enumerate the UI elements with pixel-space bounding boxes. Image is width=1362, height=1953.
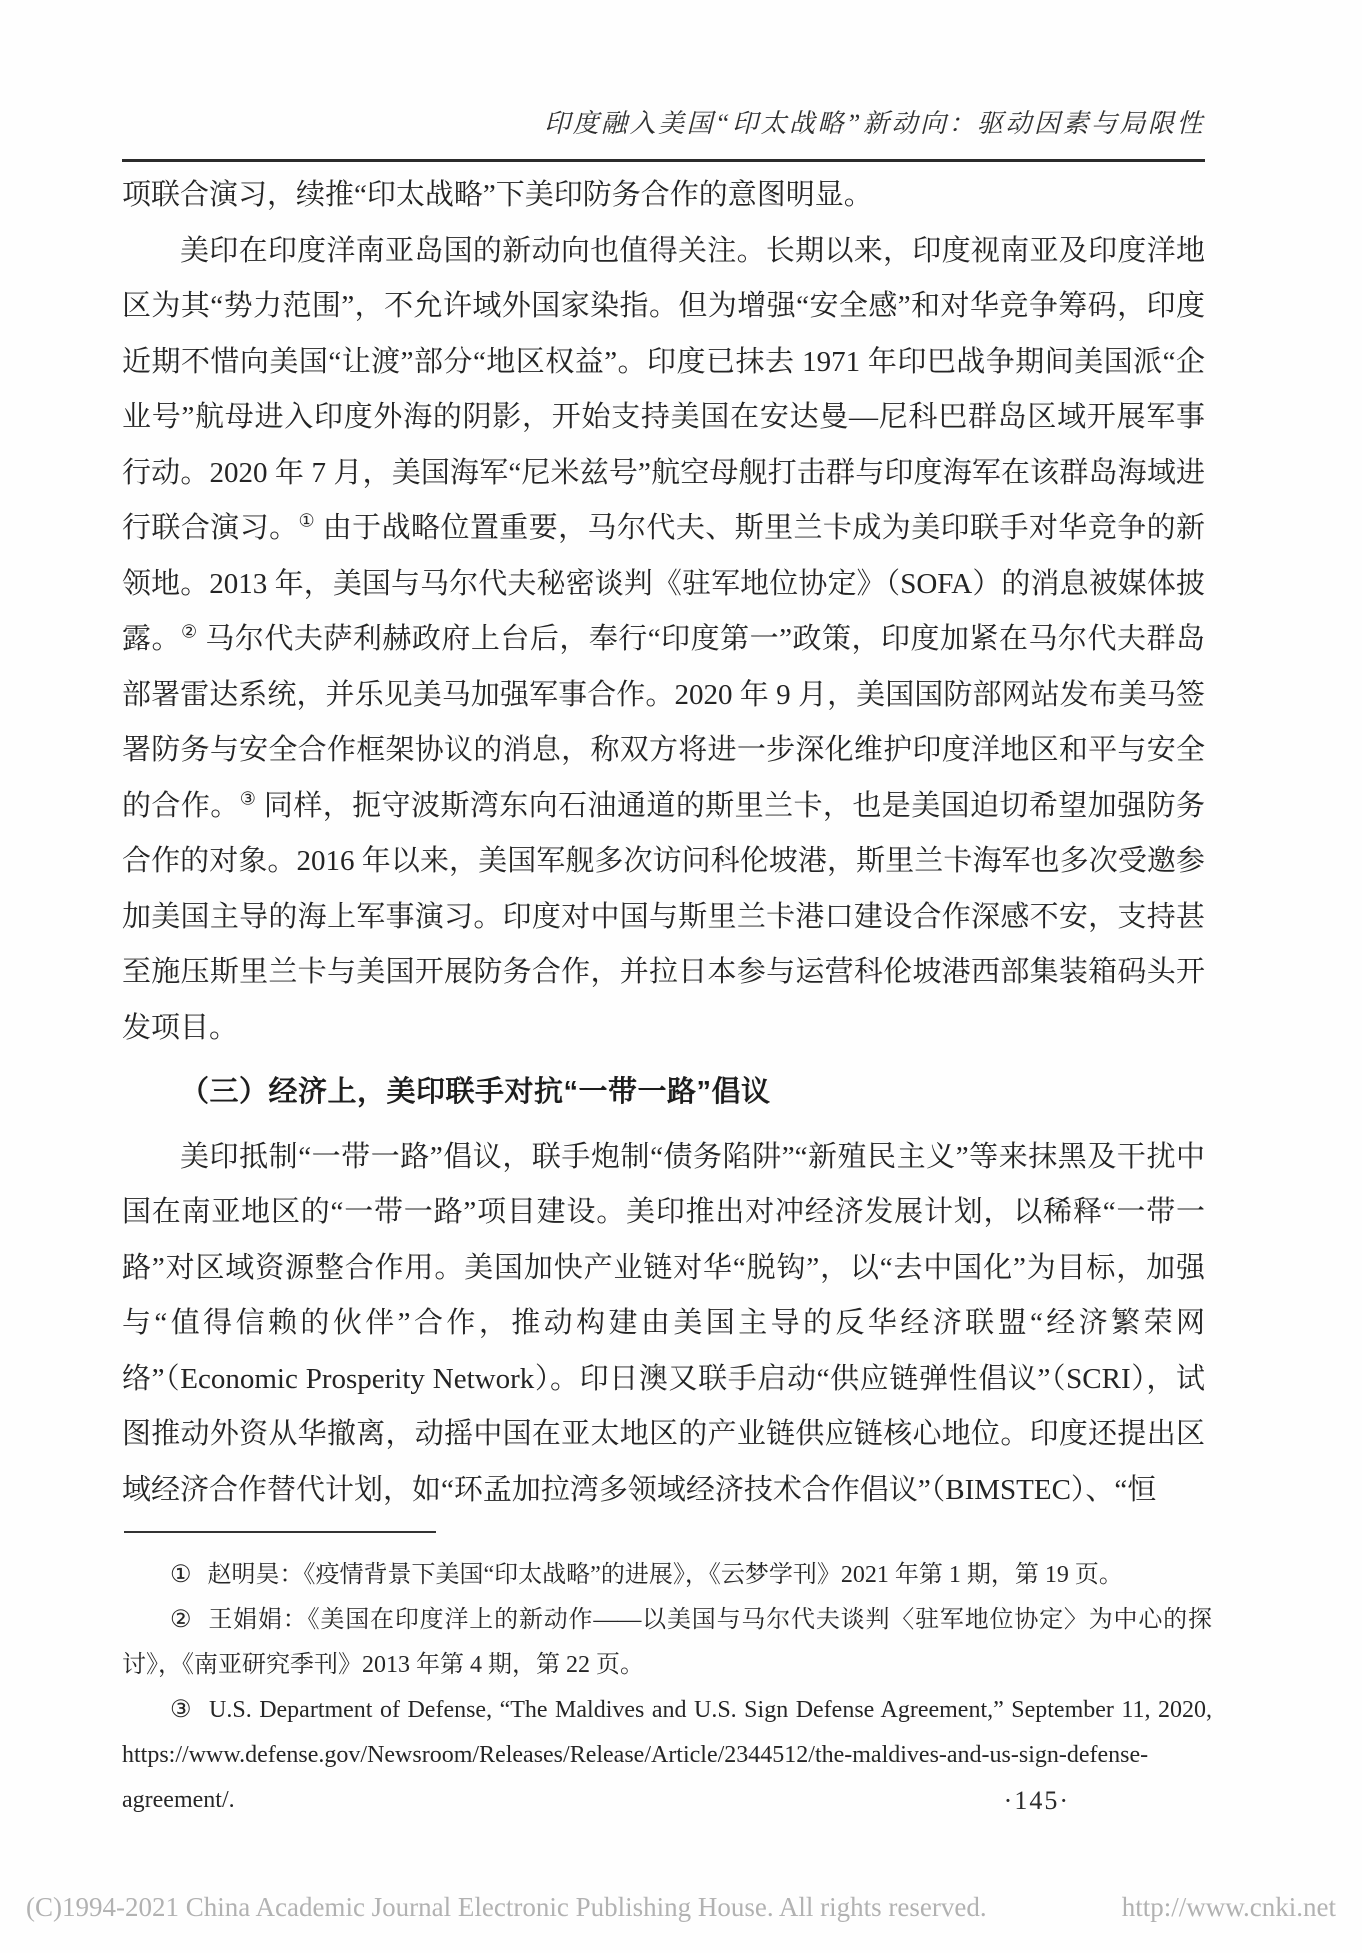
footnote-number-marker: ① xyxy=(170,1562,192,1588)
footnote-ref-marker: ① xyxy=(299,510,316,530)
cnki-url: http://www.cnki.net xyxy=(1122,1892,1336,1923)
article-body: 项联合演习，续推“印太战略”下美印防务合作的意图明显。美印在印度洋南亚岛国的新动… xyxy=(122,168,1205,1518)
section-heading: （三）经济上，美印联手对抗“一带一路”倡议 xyxy=(122,1065,1205,1121)
running-header-title: 印度融入美国“印太战略”新动向：驱动因素与局限性 xyxy=(544,109,1205,138)
footnote-item: ②王娟娟：《美国在印度洋上的新动作——以美国与马尔代夫谈判〈驻军地位协定〉为中心… xyxy=(122,1598,1212,1688)
text-segment: 美印抵制“一带一路”倡议，联手炮制“债务陷阱”“新殖民主义”等来抹黑及干扰中国在… xyxy=(122,1141,1205,1506)
header-rule xyxy=(122,159,1205,162)
footnote-text: 王娟娟：《美国在印度洋上的新动作——以美国与马尔代夫谈判〈驻军地位协定〉为中心的… xyxy=(122,1607,1212,1678)
footnote-list: ①赵明昊：《疫情背景下美国“印太战略”的进展》，《云梦学刊》2021 年第 1 … xyxy=(122,1553,1212,1823)
body-paragraph: 美印抵制“一带一路”倡议，联手炮制“债务陷阱”“新殖民主义”等来抹黑及干扰中国在… xyxy=(122,1130,1205,1519)
text-segment: （三）经济上，美印联手对抗“一带一路”倡议 xyxy=(180,1076,771,1108)
footnote-text: 赵明昊：《疫情背景下美国“印太战略”的进展》，《云梦学刊》2021 年第 1 期… xyxy=(208,1562,1123,1588)
running-header: 印度融入美国“印太战略”新动向：驱动因素与局限性 xyxy=(122,103,1205,140)
footnote-ref-marker: ③ xyxy=(240,788,257,808)
body-paragraph: 美印在印度洋南亚岛国的新动向也值得关注。长期以来，印度视南亚及印度洋地区为其“势… xyxy=(122,224,1205,1057)
text-segment: 美印在印度洋南亚岛国的新动向也值得关注。长期以来，印度视南亚及印度洋地区为其“势… xyxy=(122,235,1205,545)
footnote-ref-marker: ② xyxy=(181,621,198,641)
copyright-text: (C)1994-2021 China Academic Journal Elec… xyxy=(26,1892,987,1923)
text-segment: 项联合演习，续推“印太战略”下美印防务合作的意图明显。 xyxy=(122,179,873,211)
footnote-number-marker: ② xyxy=(170,1607,192,1633)
journal-page: 印度融入美国“印太战略”新动向：驱动因素与局限性 项联合演习，续推“印太战略”下… xyxy=(0,0,1362,1953)
footnote-number-marker: ③ xyxy=(170,1697,193,1723)
cnki-footer: (C)1994-2021 China Academic Journal Elec… xyxy=(0,1892,1362,1923)
body-paragraph: 项联合演习，续推“印太战略”下美印防务合作的意图明显。 xyxy=(122,168,1205,224)
footnote-separator-rule xyxy=(124,1531,436,1533)
text-segment: 同样，扼守波斯湾东向石油通道的斯里兰卡，也是美国迫切希望加强防务合作的对象。20… xyxy=(122,790,1205,1044)
page-number: ·145· xyxy=(122,1786,1070,1816)
footnote-item: ①赵明昊：《疫情背景下美国“印太战略”的进展》，《云梦学刊》2021 年第 1 … xyxy=(122,1553,1212,1598)
